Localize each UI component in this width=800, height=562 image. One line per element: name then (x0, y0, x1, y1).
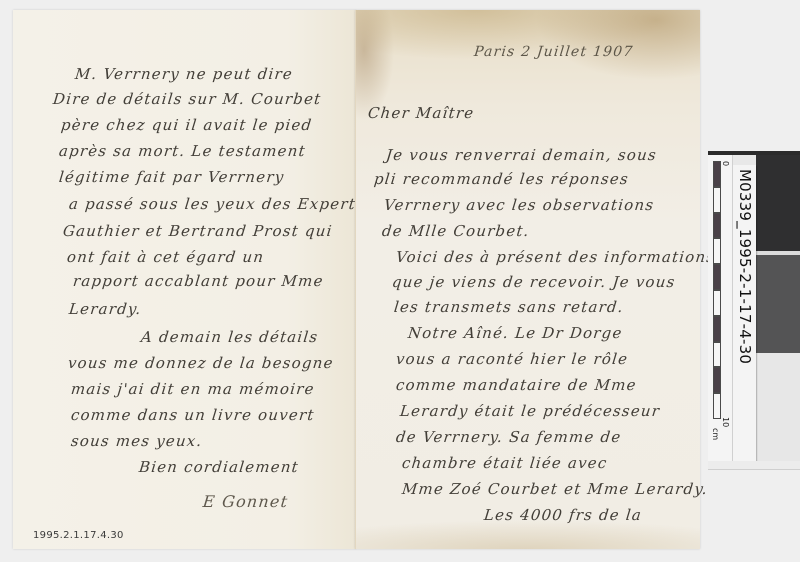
scale-segment (713, 161, 721, 187)
handwritten-line: rapport accablant pour Mme (72, 272, 325, 290)
handwritten-line: pli recommandé les réponses (373, 170, 630, 188)
salutation: Cher Maître (367, 104, 475, 122)
handwritten-line: Lerardy. (68, 300, 142, 318)
handwritten-line: A demain les détails (140, 328, 319, 346)
scale-segment (713, 213, 721, 239)
handwritten-line: de Mlle Courbet. (381, 222, 531, 240)
scale-segment (713, 187, 721, 213)
handwritten-line: Verrnery avec les observations (383, 196, 655, 214)
scale-unit: cm (711, 428, 720, 440)
handwritten-line: Notre Aîné. Le Dr Dorge (407, 324, 623, 342)
handwritten-line: que je viens de recevoir. Je vous (391, 273, 676, 291)
signature: E Gonnet (202, 492, 289, 511)
handwritten-line: légitime fait par Verrnery (58, 168, 285, 186)
calibration-bottom-edge (708, 461, 800, 470)
color-patch-dark-gray (756, 255, 800, 353)
handwritten-line: mais j'ai dit en ma mémoire (70, 380, 316, 398)
handwritten-line: Dire de détails sur M. Courbet (52, 90, 322, 108)
handwritten-line: Bien cordialement (138, 458, 300, 476)
scale-segment (713, 367, 721, 393)
handwritten-line: Gauthier et Bertrand Prost qui (62, 222, 334, 240)
scale-segment (713, 290, 721, 316)
specimen-label: M0339_1995-2-1-17-4-30 (733, 165, 756, 461)
handwritten-line: les transmets sans retard. (393, 298, 625, 316)
handwritten-line: de Verrnery. Sa femme de (395, 428, 622, 446)
handwritten-line: vous me donnez de la besogne (67, 354, 335, 372)
handwritten-line: sous mes yeux. (70, 432, 203, 450)
handwritten-line: Je vous renverrai demain, sous (385, 146, 658, 164)
handwritten-line: comme mandataire de Mme (395, 376, 638, 394)
catalog-number: 1995.2.1.17.4.30 (33, 530, 124, 541)
handwritten-line: comme dans un livre ouvert (70, 406, 316, 424)
handwritten-line: après sa mort. Le testament (58, 142, 307, 160)
scale-label-start: 0 (721, 161, 730, 166)
dateline: Paris 2 Juillet 1907 (473, 44, 634, 60)
scale-segment (713, 264, 721, 290)
color-patch-black (756, 155, 800, 251)
handwritten-line: a passé sous les yeux des Experts (68, 195, 366, 213)
scale-label-end: 10 (721, 417, 730, 427)
handwritten-line: chambre était liée avec (401, 454, 608, 472)
handwritten-line: père chez qui il avait le pied (60, 116, 313, 134)
color-patch-white (756, 353, 800, 461)
handwritten-line: vous a raconté hier le rôle (395, 350, 629, 368)
scale-segment (713, 342, 721, 368)
handwritten-line: Voici des à présent des informations (395, 248, 716, 266)
specimen-label-text: M0339_1995-2-1-17-4-30 (735, 169, 754, 459)
letter-left-page: M. Verrnery ne peut dire Dire de détails… (13, 10, 356, 549)
handwritten-line: Mme Zoé Courbet et Mme Lerardy. (401, 480, 709, 498)
handwritten-line: Lerardy était le prédécesseur (399, 402, 661, 420)
handwritten-line: M. Verrnery ne peut dire (74, 65, 294, 83)
scale-segment (713, 316, 721, 342)
handwritten-line: Les 4000 frs de la (483, 506, 643, 524)
scale-bar: 0 10 cm (708, 155, 733, 461)
scale-segment (713, 238, 721, 264)
handwritten-line: ont fait à cet égard un (66, 248, 265, 266)
scale-segment (713, 393, 721, 419)
calibration-target: 0 10 cm M0339_1995-2-1-17-4-30 (708, 151, 800, 469)
letter-right-page: Paris 2 Juillet 1907 Cher Maître Je vous… (355, 10, 700, 549)
